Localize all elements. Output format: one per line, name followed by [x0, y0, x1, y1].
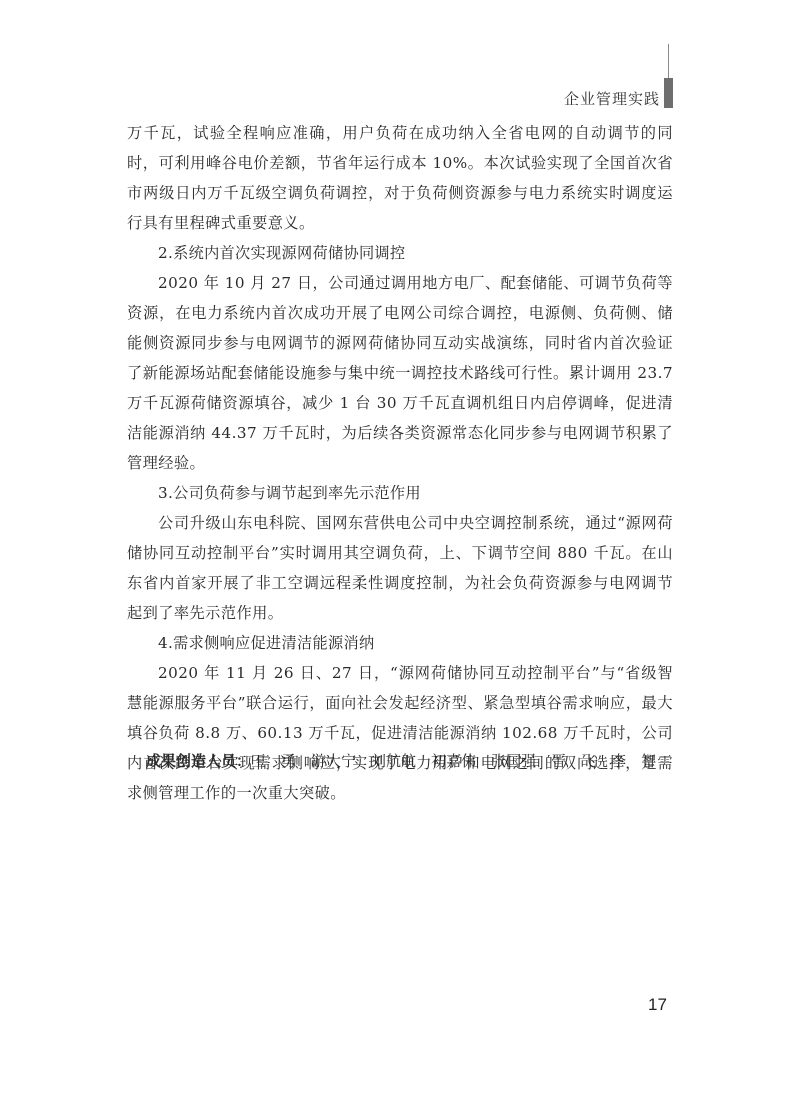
running-header-title: 企业管理实践	[564, 88, 660, 109]
credits-names: 王 勇 游大宁 刘航航 初嘉伟 张国强 晋 飞 李 智	[251, 752, 656, 770]
credit-name: 游大宁	[311, 752, 356, 770]
credit-name: 晋 飞	[551, 752, 596, 770]
credit-name: 李 智	[611, 752, 656, 770]
credit-name: 刘航航	[371, 752, 416, 770]
section-paragraph-3: 公司升级山东电科院、国网东营供电公司中央空调控制系统，通过“源网荷储协同互动控制…	[127, 508, 673, 628]
credits-label: 成果创造人员：	[146, 752, 251, 770]
section-heading-3: 3.公司负荷参与调节起到率先示范作用	[127, 478, 673, 508]
header-tab-marker	[664, 78, 673, 108]
page-number: 17	[648, 995, 667, 1015]
credit-name: 张国强	[491, 752, 536, 770]
section-heading-4: 4.需求侧响应促进清洁能源消纳	[127, 628, 673, 658]
section-paragraph-2: 2020 年 10 月 27 日，公司通过调用地方电厂、配套储能、可调节负荷等资…	[127, 268, 673, 478]
header-rule-line	[668, 44, 669, 80]
credit-name: 王 勇	[251, 752, 296, 770]
credit-name: 初嘉伟	[431, 752, 476, 770]
credits-line: 成果创造人员：王 勇 游大宁 刘航航 初嘉伟 张国强 晋 飞 李 智	[146, 750, 656, 771]
page-body: 万千瓦，试验全程响应准确，用户负荷在成功纳入全省电网的自动调节的同时，可利用峰谷…	[127, 118, 673, 808]
intro-paragraph: 万千瓦，试验全程响应准确，用户负荷在成功纳入全省电网的自动调节的同时，可利用峰谷…	[127, 118, 673, 238]
section-heading-2: 2.系统内首次实现源网荷储协同调控	[127, 238, 673, 268]
section-paragraph-4: 2020 年 11 月 26 日、27 日，“源网荷储协同互动控制平台”与“省级…	[127, 658, 673, 808]
